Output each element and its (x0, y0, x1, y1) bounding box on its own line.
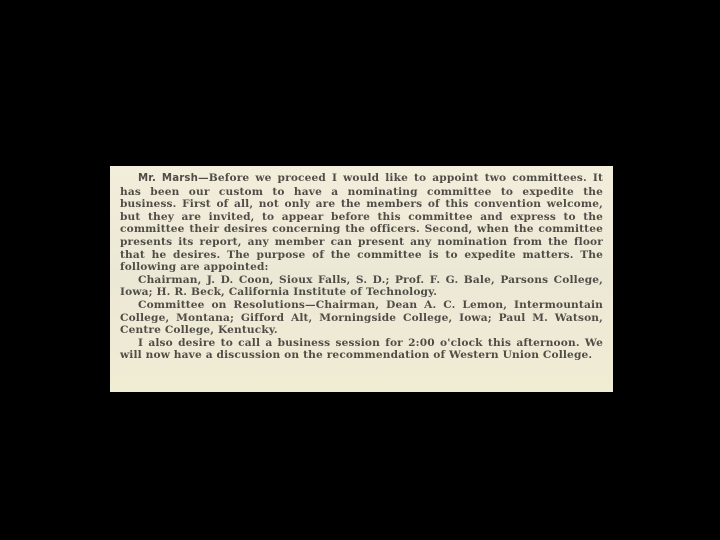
paragraph-business-session: I also desire to call a business session… (120, 337, 603, 362)
paragraph-opening: Mr. Marsh—Before we proceed I would like… (120, 172, 603, 274)
newspaper-clipping: Mr. Marsh—Before we proceed I would like… (110, 166, 613, 392)
clipping-text: Mr. Marsh—Before we proceed I would like… (120, 172, 603, 362)
paragraph-text: —Before we proceed I would like to appoi… (120, 172, 603, 273)
paragraph-resolutions-committee: Committee on Resolutions—Chairman, Dean … (120, 299, 603, 337)
paragraph-nominating-committee: Chairman, J. D. Coon, Sioux Falls, S. D.… (120, 274, 603, 299)
speaker-name: Mr. Marsh (138, 173, 198, 184)
